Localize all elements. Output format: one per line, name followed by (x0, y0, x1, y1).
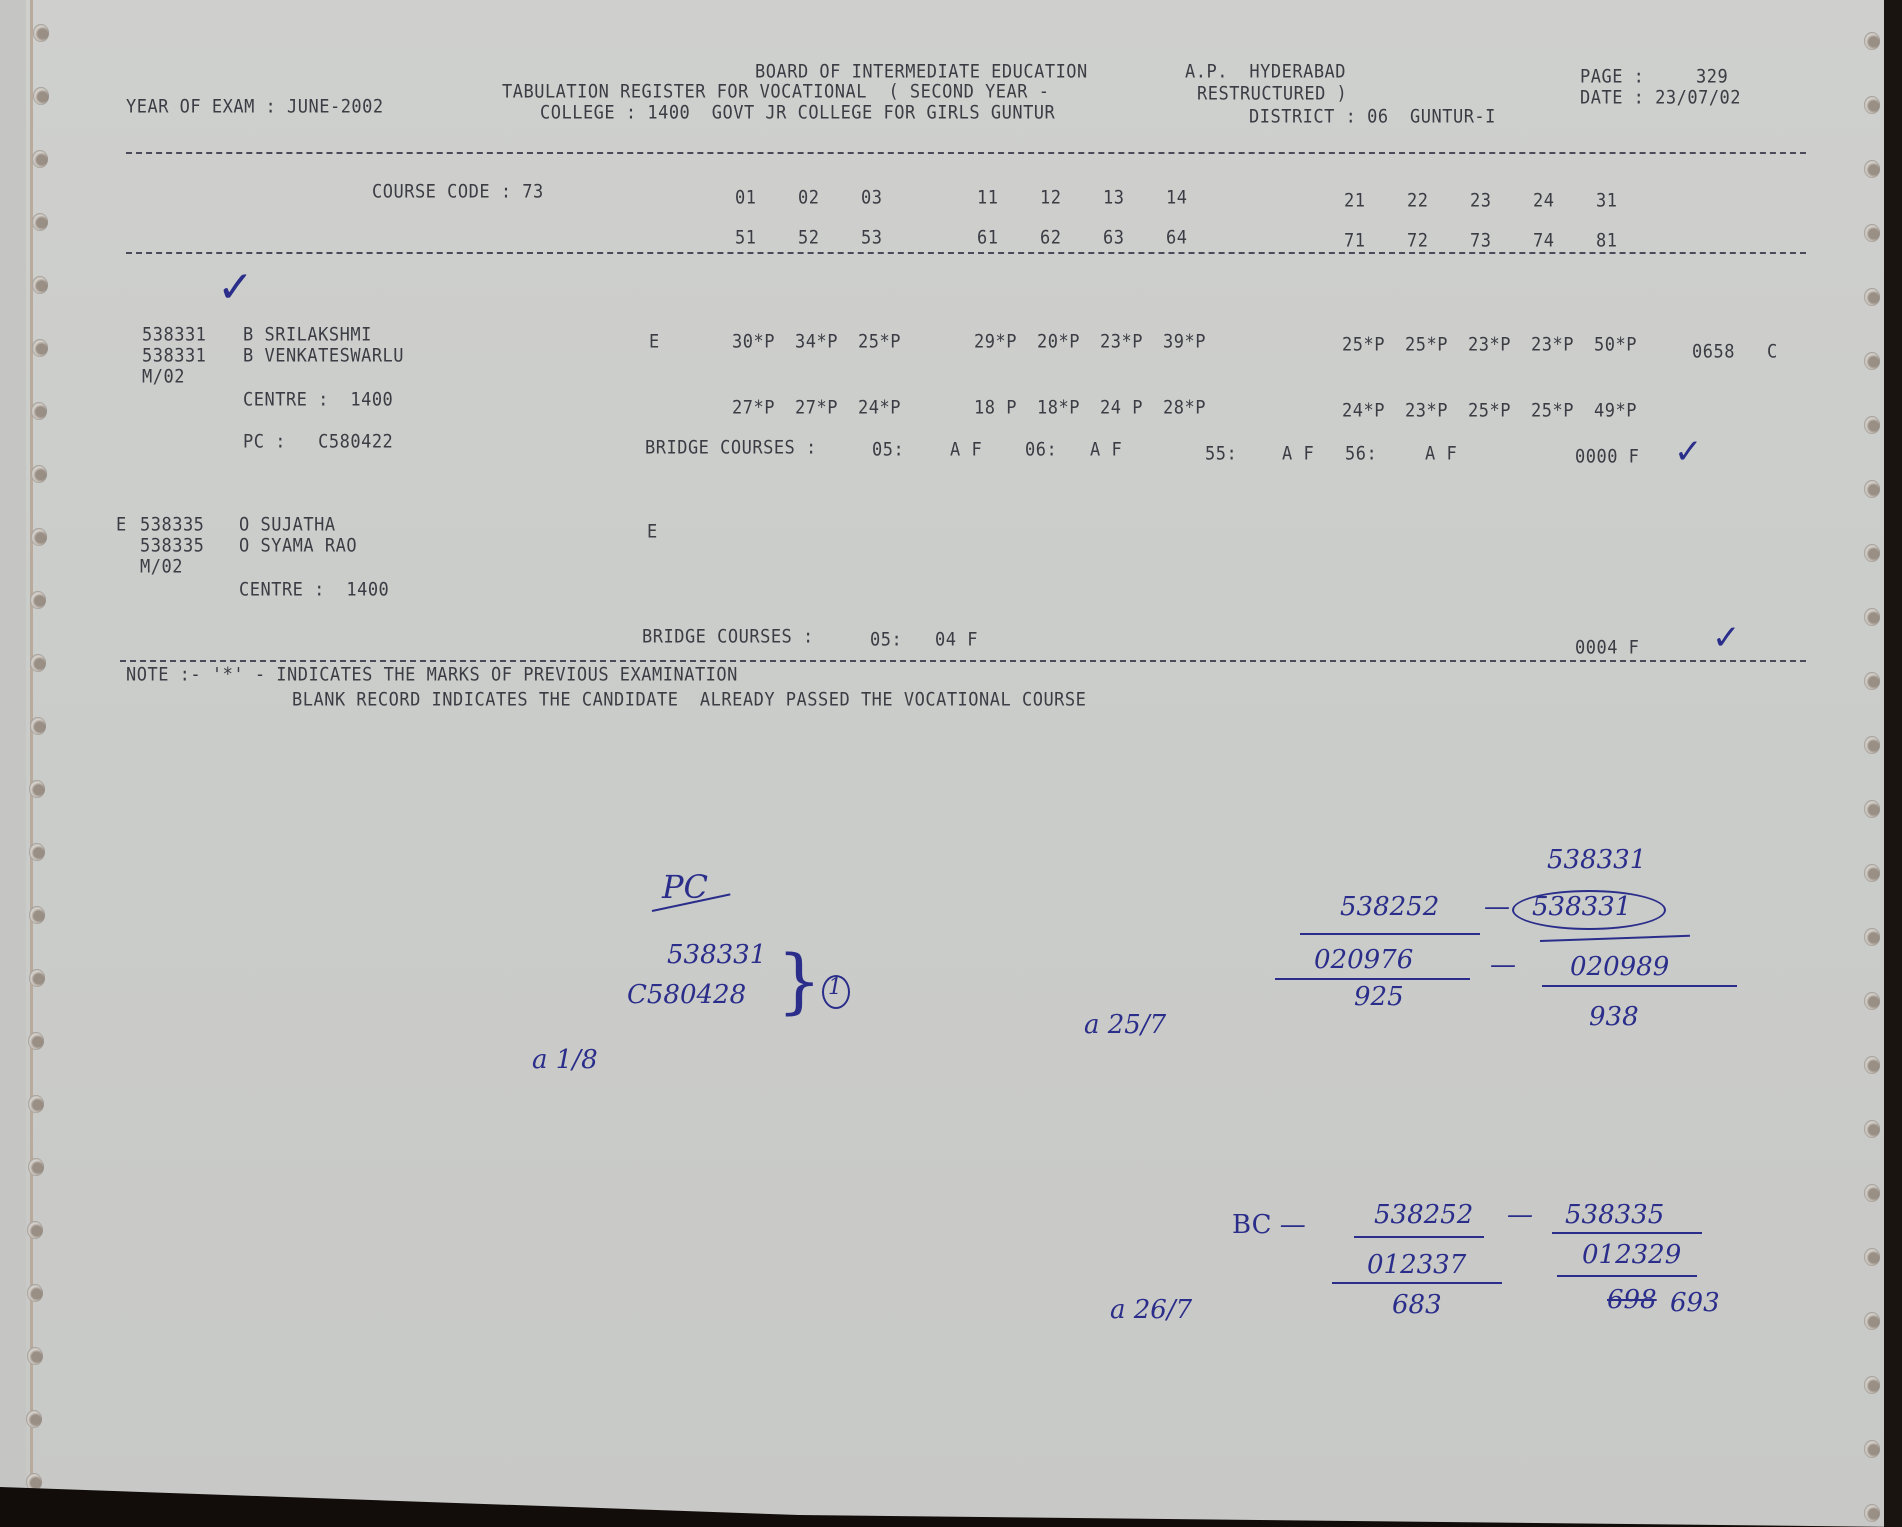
underline (1300, 933, 1480, 935)
tractor-hole (1864, 416, 1880, 434)
course-code-header: 52 (798, 227, 819, 249)
tractor-hole (1864, 352, 1880, 370)
father-name: O SYAMA RAO (239, 535, 357, 557)
hand-bc-label: BC — (1232, 1210, 1306, 1240)
course-code-header: 64 (1166, 227, 1187, 249)
course-code-header: 23 (1470, 190, 1491, 212)
mark-cell: 24*P (858, 397, 901, 419)
dash-mark: — (1484, 892, 1510, 922)
mark-cell: 23*P (1468, 334, 1511, 356)
dash-mark: — (1507, 1200, 1533, 1230)
tractor-hole (1864, 1248, 1880, 1266)
college-line: COLLEGE : 1400 GOVT JR COLLEGE FOR GIRLS… (540, 102, 1055, 124)
hand-initial-2: a 25/7 (1084, 1010, 1166, 1040)
mark-cell: 25*P (1468, 400, 1511, 422)
course-code-header: 11 (977, 187, 998, 209)
bridge-55-code: 55: (1205, 443, 1237, 465)
hand-calc2-b: 538335 (1565, 1200, 1664, 1230)
underline (1332, 1282, 1502, 1284)
page-label: PAGE : (1580, 66, 1644, 88)
tractor-hole (1864, 1184, 1880, 1202)
hand-initial-3: a 26/7 (1110, 1295, 1192, 1325)
board-location: A.P. HYDERABAD (1185, 61, 1346, 83)
course-code-header: 24 (1533, 190, 1554, 212)
hand-calc1-e: 925 (1354, 982, 1404, 1012)
tractor-hole (1864, 864, 1880, 882)
underline (1540, 935, 1690, 942)
date-label: DATE : 23/07/02 (1580, 87, 1741, 109)
tractor-hole (1864, 160, 1880, 178)
tractor-hole (1864, 1440, 1880, 1458)
tractor-hole (27, 1284, 43, 1302)
hall-ticket: 538331 (142, 324, 206, 346)
bridge-total: 0004 F (1575, 637, 1639, 659)
course-code-header: 63 (1103, 227, 1124, 249)
hand-pc-code: C580428 (627, 980, 746, 1010)
course-code-header: 53 (861, 227, 882, 249)
hand-calc1-a: 538252 (1340, 892, 1439, 922)
hand-calc1-d: 020989 (1570, 952, 1669, 982)
tractor-hole (1864, 96, 1880, 114)
tractor-hole (1864, 608, 1880, 626)
centre: CENTRE : 1400 (239, 579, 389, 601)
note-line-1: NOTE :- '*' - INDICATES THE MARKS OF PRE… (126, 664, 738, 686)
mark-cell: 24*P (1342, 400, 1385, 422)
tractor-hole (1864, 928, 1880, 946)
hand-calc2-d: 012329 (1582, 1240, 1681, 1270)
tractor-hole (1864, 224, 1880, 242)
tractor-hole (1864, 672, 1880, 690)
mark-cell: 27*P (795, 397, 838, 419)
restructured-label: RESTRUCTURED ) (1197, 83, 1347, 105)
bridge-06-value: A F (1090, 439, 1122, 461)
course-code-header: 81 (1596, 230, 1617, 252)
mark-cell: 29*P (974, 331, 1017, 353)
hand-initial-1: a 1/8 (532, 1045, 598, 1075)
tractor-hole (1864, 992, 1880, 1010)
bridge-total: 0000 F (1575, 446, 1639, 468)
course-code-header: 61 (977, 227, 998, 249)
hand-calc2-c: 012337 (1367, 1250, 1466, 1280)
hand-calc1-f: 938 (1589, 1002, 1639, 1032)
mark-cell: 23*P (1100, 331, 1143, 353)
tractor-hole (1864, 1376, 1880, 1394)
mark-cell: 18*P (1037, 397, 1080, 419)
mark-cell: 18 P (974, 397, 1017, 419)
bridge-05-code: 05: (870, 629, 902, 651)
year-of-exam: YEAR OF EXAM : JUNE-2002 (126, 96, 384, 118)
hand-calc2-a: 538252 (1374, 1200, 1473, 1230)
hand-calc2-e: 683 (1392, 1290, 1442, 1320)
divider (126, 252, 1806, 254)
bridge-courses-label: BRIDGE COURSES : (642, 626, 814, 648)
tractor-hole (28, 1095, 44, 1113)
session: M/02 (140, 556, 183, 578)
tractor-hole (1864, 544, 1880, 562)
bridge-courses-label: BRIDGE COURSES : (645, 437, 817, 459)
centre: CENTRE : 1400 (243, 389, 393, 411)
course-code-header: 62 (1040, 227, 1061, 249)
course-code-header: 72 (1407, 230, 1428, 252)
bridge-05-value: 04 F (935, 629, 978, 651)
mark-cell: 28*P (1163, 397, 1206, 419)
course-code-header: 01 (735, 187, 756, 209)
tractor-hole (1864, 480, 1880, 498)
medium: E (649, 331, 660, 353)
dash-mark: — (1490, 950, 1516, 980)
tractor-hole (1864, 1504, 1880, 1522)
mark-cell: 25*P (1342, 334, 1385, 356)
check-mark-icon: ✓ (1674, 432, 1703, 472)
course-code-header: 21 (1344, 190, 1365, 212)
tractor-hole (1864, 288, 1880, 306)
check-mark-icon: ✓ (1712, 618, 1741, 658)
divider (126, 152, 1806, 154)
father-name: B VENKATESWARLU (243, 345, 404, 367)
mark-cell: 23*P (1531, 334, 1574, 356)
hand-pc-count: 1 (828, 975, 842, 1000)
mark-cell: 30*P (732, 331, 775, 353)
divider (120, 660, 1806, 662)
tractor-hole (30, 717, 46, 735)
tractor-hole (30, 654, 46, 672)
row-prefix: E (116, 514, 127, 536)
bridge-56-code: 56: (1345, 443, 1377, 465)
hand-calc1-top: 538331 (1547, 845, 1646, 875)
tractor-hole (1864, 1056, 1880, 1074)
course-code-header: 13 (1103, 187, 1124, 209)
tractor-hole (31, 465, 47, 483)
course-code-header: 31 (1596, 190, 1617, 212)
board-title: BOARD OF INTERMEDIATE EDUCATION (755, 61, 1088, 83)
result-class: C (1767, 341, 1778, 363)
page-number: 329 (1696, 66, 1728, 88)
session: M/02 (142, 366, 185, 388)
mark-cell: 34*P (795, 331, 838, 353)
brace-icon: } (777, 940, 822, 1022)
underline (1542, 985, 1737, 987)
tractor-hole (1864, 32, 1880, 50)
hand-calc1-b: 538331 (1532, 892, 1631, 922)
tractor-hole (31, 528, 47, 546)
tractor-hole (1864, 736, 1880, 754)
tractor-hole (29, 843, 45, 861)
tractor-hole (33, 87, 49, 105)
bridge-55-value: A F (1282, 443, 1314, 465)
underline (1354, 1236, 1484, 1238)
tractor-hole (32, 213, 48, 231)
father-ticket: 538335 (140, 535, 204, 557)
hall-ticket: 538335 (140, 514, 204, 536)
candidate-name: B SRILAKSHMI (243, 324, 372, 346)
register-title: TABULATION REGISTER FOR VOCATIONAL ( SEC… (502, 81, 1049, 103)
note-line-2: BLANK RECORD INDICATES THE CANDIDATE ALR… (292, 689, 1086, 711)
course-code-header: 22 (1407, 190, 1428, 212)
mark-cell: 25*P (1405, 334, 1448, 356)
underline (1275, 978, 1470, 980)
course-code-header: 74 (1533, 230, 1554, 252)
hand-calc2-f: 693 (1670, 1288, 1720, 1318)
tractor-hole (29, 969, 45, 987)
candidate-name: O SUJATHA (239, 514, 336, 536)
mark-cell: 23*P (1405, 400, 1448, 422)
course-code-header: 14 (1166, 187, 1187, 209)
hand-calc2-struck: 698 (1607, 1285, 1657, 1315)
course-code-header: 02 (798, 187, 819, 209)
bridge-06-code: 06: (1025, 439, 1057, 461)
bridge-56-value: A F (1425, 443, 1457, 465)
course-code: COURSE CODE : 73 (372, 181, 544, 203)
tractor-hole (32, 339, 48, 357)
course-code-header: 03 (861, 187, 882, 209)
course-code-header: 51 (735, 227, 756, 249)
father-ticket: 538331 (142, 345, 206, 367)
hand-pc-ticket: 538331 (667, 940, 766, 970)
printout-page: BOARD OF INTERMEDIATE EDUCATION A.P. HYD… (22, 0, 1884, 1527)
grand-total: 0658 (1692, 341, 1735, 363)
tractor-hole (1864, 1312, 1880, 1330)
district-line: DISTRICT : 06 GUNTUR-I (1249, 106, 1496, 128)
mark-cell: 25*P (1531, 400, 1574, 422)
mark-cell: 24 P (1100, 397, 1143, 419)
mark-cell: 50*P (1594, 334, 1637, 356)
mark-cell: 25*P (858, 331, 901, 353)
tractor-hole (1864, 800, 1880, 818)
medium: E (647, 521, 658, 543)
check-mark-icon: ✓ (217, 262, 254, 313)
tractor-hole (33, 24, 49, 42)
underline (1552, 1232, 1702, 1234)
bridge-05-value: A F (950, 439, 982, 461)
course-code-header: 12 (1040, 187, 1061, 209)
tractor-hole (28, 1158, 44, 1176)
pc-code: PC : C580422 (243, 431, 393, 453)
course-code-header: 71 (1344, 230, 1365, 252)
mark-cell: 39*P (1163, 331, 1206, 353)
mark-cell: 49*P (1594, 400, 1637, 422)
tractor-hole (27, 1347, 43, 1365)
tractor-hole (32, 276, 48, 294)
underline (1557, 1275, 1697, 1277)
hand-calc1-c: 020976 (1314, 945, 1413, 975)
bridge-05-code: 05: (872, 439, 904, 461)
mark-cell: 27*P (732, 397, 775, 419)
mark-cell: 20*P (1037, 331, 1080, 353)
course-code-header: 73 (1470, 230, 1491, 252)
tractor-hole (29, 906, 45, 924)
left-page-edge (0, 0, 26, 1527)
tractor-hole (1864, 1120, 1880, 1138)
